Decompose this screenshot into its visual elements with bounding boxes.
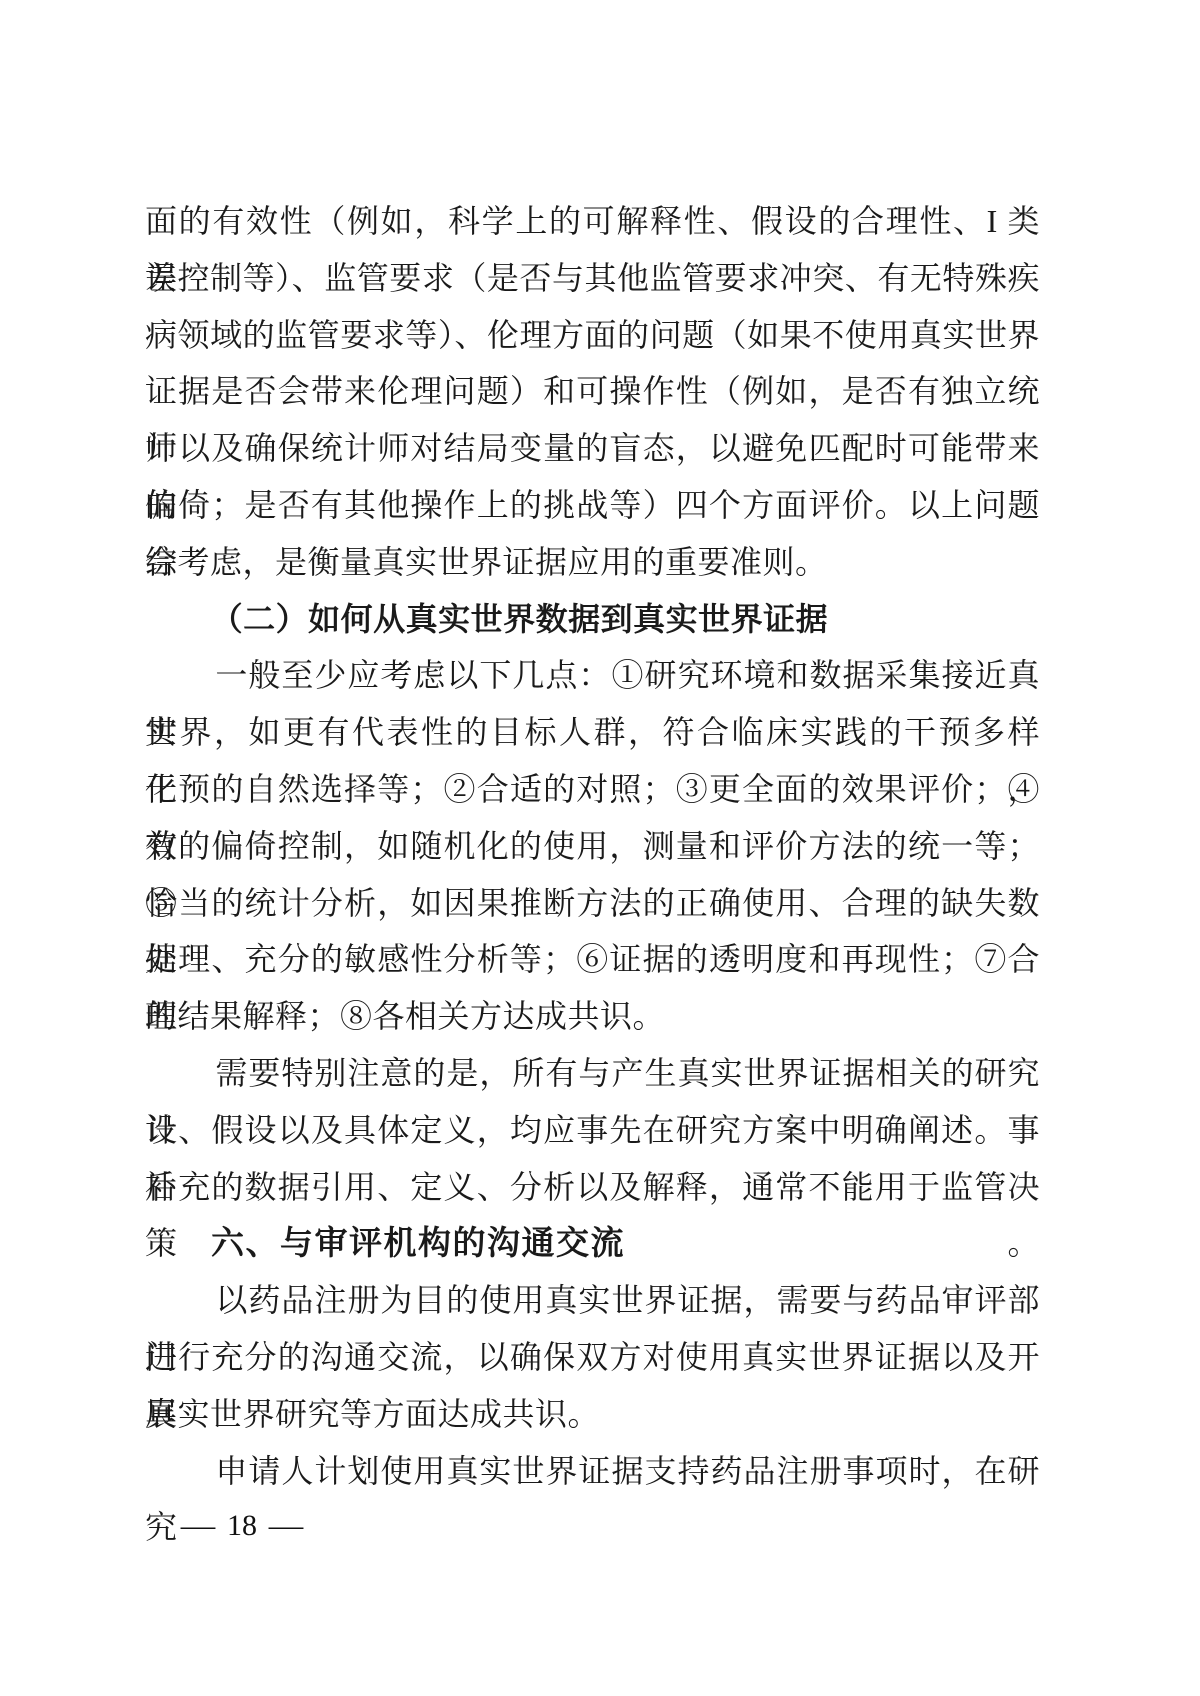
text-line: 的结果解释；⑧各相关方达成共识。 (145, 988, 1040, 1045)
page-body: 面的有效性（例如，科学上的可解释性、假设的合理性、I 类误 差控制等）、监管要求… (145, 193, 1040, 1499)
page-number: 18 (227, 1506, 257, 1546)
text-line: 一般至少应考虑以下几点：①研究环境和数据采集接近真实 (145, 647, 1040, 704)
text-line: 病领域的监管要求等）、伦理方面的问题（如果不使用真实世界 (145, 307, 1040, 364)
text-line: 申请人计划使用真实世界证据支持药品注册事项时，在研究 (145, 1443, 1040, 1500)
text-line: 差控制等）、监管要求（是否与其他监管要求冲突、有无特殊疾 (145, 250, 1040, 307)
text-line: 效的偏倚控制，如随机化的使用，测量和评价方法的统一等；⑤ (145, 818, 1040, 875)
page-footer: —18— (183, 1506, 301, 1546)
text-line: 师以及确保统计师对结局变量的盲态，以避免匹配时可能带来的 (145, 420, 1040, 477)
document-page: 面的有效性（例如，科学上的可解释性、假设的合理性、I 类误 差控制等）、监管要求… (0, 0, 1200, 1696)
text-line: 真实世界研究等方面达成共识。 (145, 1386, 1040, 1443)
footer-left-dash: — (181, 1506, 216, 1546)
text-line: 面的有效性（例如，科学上的可解释性、假设的合理性、I 类误 (145, 193, 1040, 250)
text-line: 进行充分的沟通交流，以确保双方对使用真实世界证据以及开展 (145, 1329, 1040, 1386)
text-line: 世界，如更有代表性的目标人群，符合临床实践的干预多样化， (145, 704, 1040, 761)
text-line: 以药品注册为目的使用真实世界证据，需要与药品审评部门 (145, 1272, 1040, 1329)
text-line: 处理、充分的敏感性分析等；⑥证据的透明度和再现性；⑦合理 (145, 931, 1040, 988)
text-line: 计、假设以及具体定义，均应事先在研究方案中明确阐述。事后 (145, 1102, 1040, 1159)
text-line: 干预的自然选择等；②合适的对照；③更全面的效果评价；④有 (145, 761, 1040, 818)
subsection-heading: （二）如何从真实世界数据到真实世界证据 (145, 591, 1040, 648)
footer-right-dash: — (269, 1506, 304, 1546)
text-line: 需要特别注意的是，所有与产生真实世界证据相关的研究设 (145, 1045, 1040, 1102)
text-line: 证据是否会带来伦理问题）和可操作性（例如，是否有独立统计 (145, 363, 1040, 420)
text-line: 偏倚；是否有其他操作上的挑战等）四个方面评价。以上问题综 (145, 477, 1040, 534)
text-line: 合考虑，是衡量真实世界证据应用的重要准则。 (145, 534, 1040, 591)
text-line: 恰当的统计分析，如因果推断方法的正确使用、合理的缺失数据 (145, 875, 1040, 932)
text-line: 补充的数据引用、定义、分析以及解释，通常不能用于监管决策。 (145, 1159, 1040, 1216)
